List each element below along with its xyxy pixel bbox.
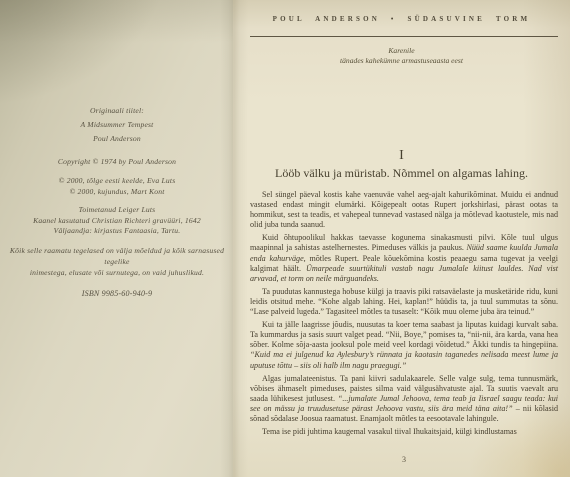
header-rule (250, 36, 558, 37)
copyright-page: Originaali tiitel: A Midsummer Tempest P… (0, 0, 233, 477)
original-author: Poul Anderson (9, 132, 225, 146)
original-title-group: Originaali tiitel: A Midsummer Tempest P… (9, 104, 225, 146)
dedication-line-2: tänades kahekümne armastuseaasta eest (233, 56, 570, 66)
paragraph: Kui ta jälle laagrisse jõudis, nuusutas … (250, 320, 558, 370)
copyright-line: Copyright © 1974 by Poul Anderson (9, 156, 225, 167)
chapter-page: POUL ANDERSON • SÜDASUVINE TORM Karenile… (233, 0, 570, 477)
paragraph: Sel süngel päeval kostis kahe vaenuväe v… (250, 190, 558, 230)
colophon-block: Originaali tiitel: A Midsummer Tempest P… (9, 104, 225, 307)
paragraph: Tema ise pidi juhtima kaugemal vasakul t… (250, 427, 558, 437)
italic-thought-segment: “Kuid ma ei julgenud ka Aylesbury’s rünn… (250, 350, 558, 369)
page-number: 3 (250, 455, 558, 464)
text-segment: Sel süngel päeval kostis kahe vaenuväe v… (250, 190, 558, 229)
design-copyright: © 2000, kujundus, Mart Kont (9, 186, 225, 197)
translation-copyright: © 2000, tõlge eesti keelde, Eva Luts (9, 175, 225, 186)
paragraph: Algas jumalateenistus. Ta pani kiivri sa… (250, 374, 558, 424)
cover-credit-line: Kaanel kasutatud Christian Richteri grav… (9, 216, 225, 227)
disclaimer-line-2: inimestega, elusate või surnutega, on va… (9, 267, 225, 278)
chapter-title: Lööb välku ja müristab. Nõmmel on algama… (233, 166, 570, 181)
credits-group: Toimetanud Leiger Luts Kaanel kasutatud … (9, 205, 225, 237)
paragraph: Kuid õhtupoolikul hakkas taevasse kogune… (250, 233, 558, 283)
original-title: A Midsummer Tempest (9, 118, 225, 132)
dedication: Karenile tänades kahekümne armastuseaast… (233, 46, 570, 66)
paragraph: Ta puudutas kannustega hobuse külgi ja t… (250, 287, 558, 317)
chapter-body: Sel süngel päeval kostis kahe vaenuväe v… (250, 190, 558, 440)
edition-copyright-group: © 2000, tõlge eesti keelde, Eva Luts © 2… (9, 175, 225, 197)
publisher-line: Väljaandja: kirjastus Fantaasia, Tartu. (9, 226, 225, 237)
text-segment: Ta puudutas kannustega hobuse külgi ja t… (250, 287, 558, 316)
editor-line: Toimetanud Leiger Luts (9, 205, 225, 216)
original-title-label: Originaali tiitel: (9, 104, 225, 118)
disclaimer: Kõik selle raamatu tegelased on välja mõ… (9, 245, 225, 278)
running-header: POUL ANDERSON • SÜDASUVINE TORM (233, 15, 570, 23)
dedication-line-1: Karenile (233, 46, 570, 56)
disclaimer-line-1: Kõik selle raamatu tegelased on välja mõ… (9, 245, 225, 267)
text-segment: Tema ise pidi juhtima kaugemal vasakul t… (262, 427, 517, 436)
isbn-group: ISBN 9985-60-940-9 (9, 288, 225, 299)
chapter-number: I (233, 148, 570, 164)
isbn: ISBN 9985-60-940-9 (9, 288, 225, 299)
text-segment: Kui ta jälle laagrisse jõudis, nuusutas … (250, 320, 558, 349)
copyright-group: Copyright © 1974 by Poul Anderson (9, 156, 225, 167)
